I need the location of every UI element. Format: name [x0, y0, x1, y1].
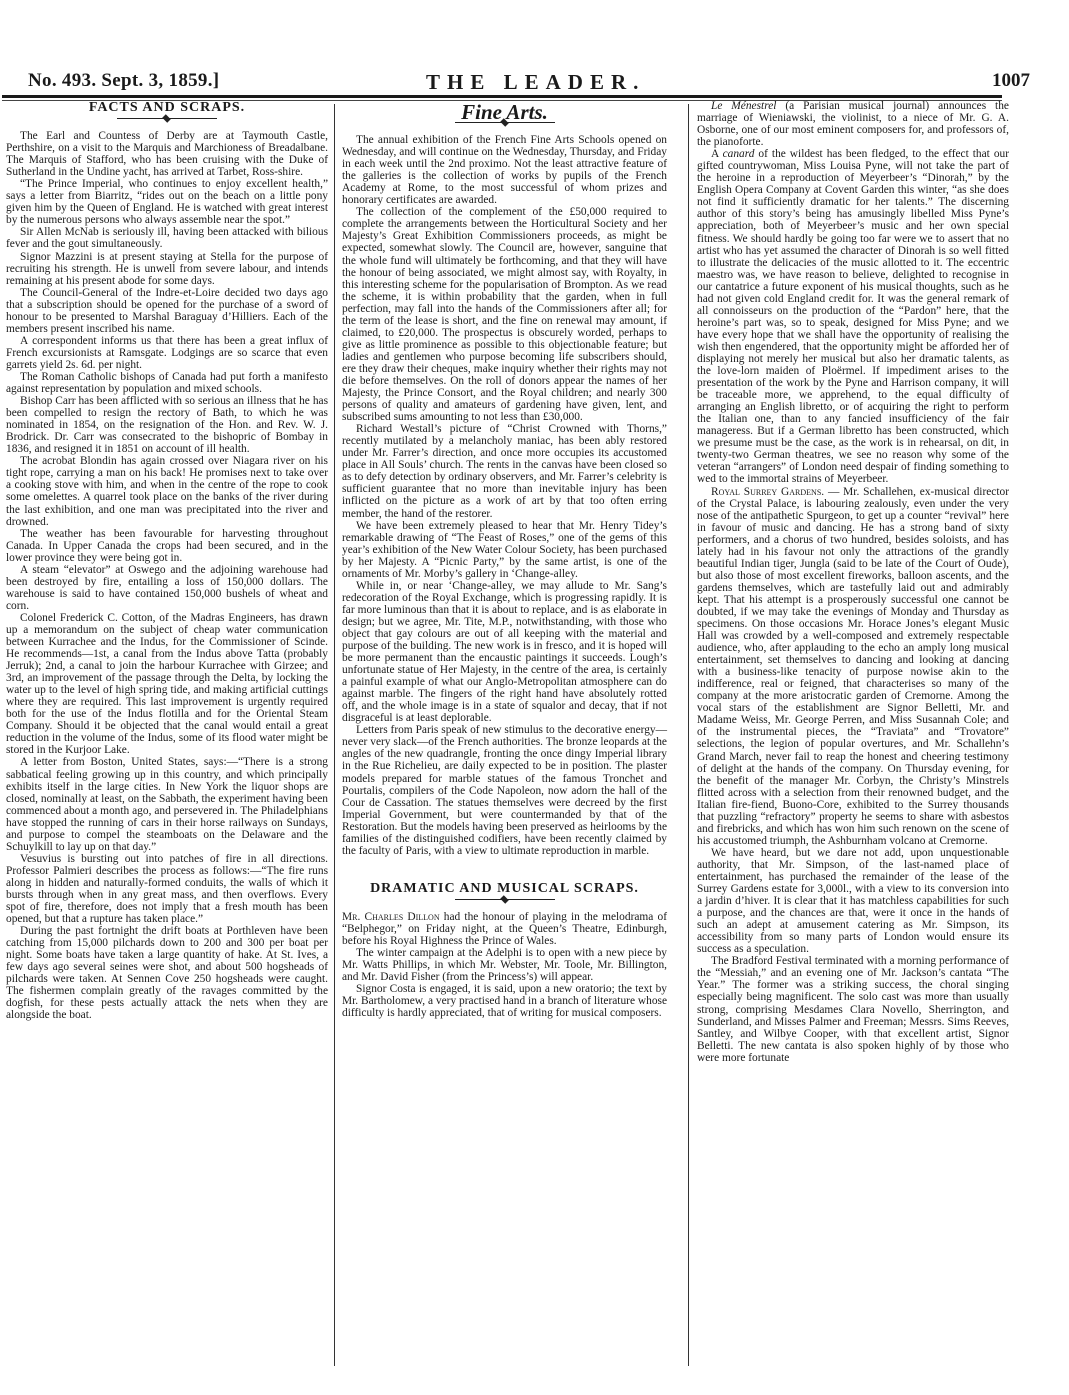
article-paragraph: We have heard, but we dare not add, upon…: [697, 847, 1009, 955]
italic-word: canard: [723, 148, 755, 160]
masthead: No. 493. Sept. 3, 1859.] THE LEADER. 100…: [28, 70, 1058, 94]
article-paragraph: A correspondent informs us that there ha…: [6, 335, 328, 371]
article-paragraph: Signor Mazzini is at present staying at …: [6, 251, 328, 287]
lead-name: Mr. Charles Dillon: [342, 911, 440, 923]
column-facts-and-scraps: FACTS AND SCRAPS. The Earl and Countess …: [6, 102, 328, 1022]
ornament-rule-icon: [455, 120, 555, 126]
article-paragraph: During the past fortnight the drift boat…: [6, 925, 328, 1021]
section-heading-facts: FACTS AND SCRAPS.: [6, 102, 328, 114]
article-paragraph: The collection of the complement of the …: [342, 206, 667, 423]
newspaper-title: THE LEADER.: [426, 70, 645, 95]
article-paragraph: The winter campaign at the Adelphi is to…: [342, 947, 667, 983]
column-divider-1: [334, 104, 335, 1366]
article-paragraph: A steam “elevator” at Oswego and the adj…: [6, 564, 328, 612]
paragraph-text: of the wildest has been fledged, to the …: [697, 148, 1009, 485]
article-paragraph: A canard of the wildest has been fledged…: [697, 148, 1009, 485]
column-music-news: Le Ménestrel (a Parisian musical journal…: [697, 100, 1009, 1064]
article-paragraph: Bishop Carr has been afflicted with so s…: [6, 395, 328, 455]
article-paragraph: Vesuvius is bursting out into patches of…: [6, 853, 328, 925]
article-paragraph: We have been extremely pleased to hear t…: [342, 520, 667, 580]
article-paragraph: The acrobat Blondin has again crossed ov…: [6, 455, 328, 527]
article-paragraph: Le Ménestrel (a Parisian musical journal…: [697, 100, 1009, 148]
article-paragraph: “The Prince Imperial, who continues to e…: [6, 178, 328, 226]
issue-and-date: No. 493. Sept. 3, 1859.]: [28, 70, 219, 92]
masthead-rule: [2, 95, 1002, 98]
article-paragraph: The weather has been favourable for harv…: [6, 528, 328, 564]
subhead-surrey-gardens: Royal Surrey Gardens.: [711, 486, 824, 498]
column-fine-arts: Fine Arts. The annual exhibition of the …: [342, 102, 667, 1019]
article-paragraph: Royal Surrey Gardens. — Mr. Schallehen, …: [697, 486, 1009, 847]
article-paragraph: A letter from Boston, United States, say…: [6, 756, 328, 852]
article-paragraph: Letters from Paris speak of new stimulus…: [342, 724, 667, 857]
article-paragraph: The annual exhibition of the French Fine…: [342, 134, 667, 206]
article-paragraph: Richard Westall’s picture of “Christ Cro…: [342, 423, 667, 519]
article-paragraph: Sir Allen McNab is seriously ill, having…: [6, 226, 328, 250]
ornament-rule-icon: [455, 897, 555, 903]
article-paragraph: Mr. Charles Dillon had the honour of pla…: [342, 911, 667, 947]
article-paragraph: While in, or near ‘Change-alley, we may …: [342, 580, 667, 725]
paragraph-text: — Mr. Schallehen, ex-musical director of…: [697, 486, 1009, 847]
article-paragraph: The Roman Catholic bishops of Canada had…: [6, 371, 328, 395]
paragraph-text: A: [711, 148, 723, 160]
ornament-rule-icon: [117, 116, 217, 122]
article-paragraph: Signor Costa is engaged, it is said, upo…: [342, 983, 667, 1019]
section-heading-fine-arts: Fine Arts.: [342, 106, 667, 118]
article-paragraph: Colonel Frederick C. Cotton, of the Madr…: [6, 612, 328, 757]
article-paragraph: The Council-General of the Indre-et-Loir…: [6, 287, 328, 335]
section-heading-dramatic: DRAMATIC AND MUSICAL SCRAPS.: [342, 883, 667, 895]
article-paragraph: The Earl and Countess of Derby are at Ta…: [6, 130, 328, 178]
page-number: 1007: [992, 70, 1030, 92]
journal-title: Le Ménestrel: [711, 100, 776, 112]
column-divider-2: [688, 104, 689, 1366]
article-paragraph: The Bradford Festival terminated with a …: [697, 955, 1009, 1063]
